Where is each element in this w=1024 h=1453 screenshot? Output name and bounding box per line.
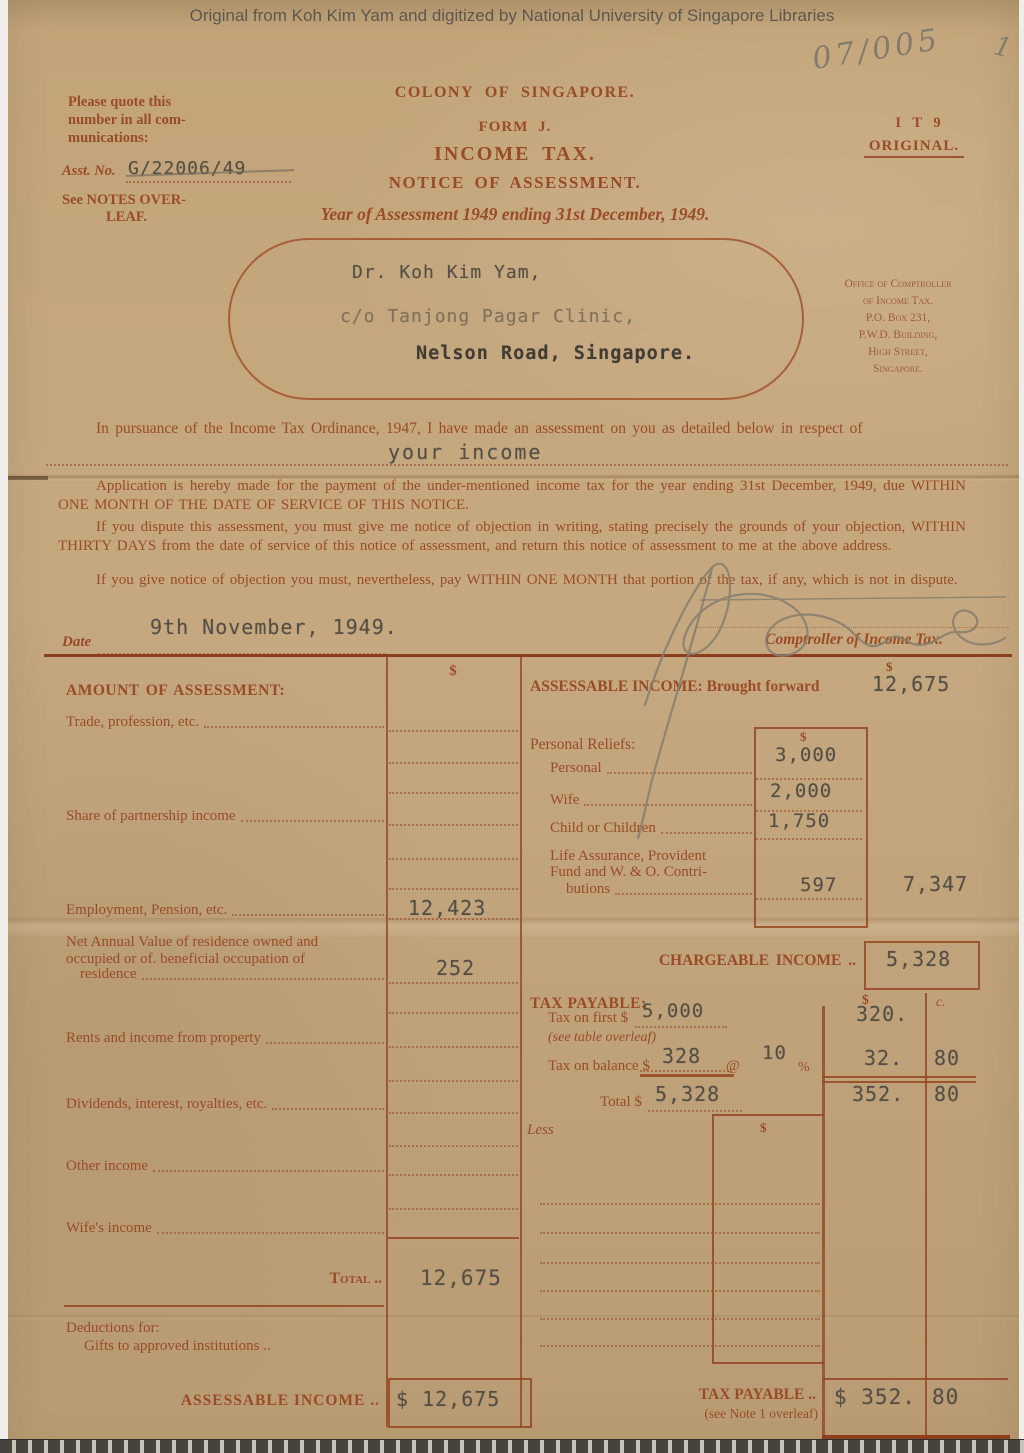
dotted-leader [266,1042,384,1044]
value-cell-line [389,762,518,764]
less-cell-line [540,1203,820,1205]
relief-cell-line [756,898,862,900]
row-partnership: Share of partnership income [66,808,384,825]
chargeable-income-value: 5,328 [886,947,951,971]
less-box [712,1114,824,1364]
net-annual-value-last-line: residence [80,966,384,983]
application-paragraph: Application is hereby made for the payme… [58,477,966,515]
value-cell-line [389,1174,518,1176]
net-annual-value-label-lines: Net Annual Value of residence owned and … [66,934,396,967]
table-center-divider-line [520,657,522,1427]
net-annual-value-label-end: residence [80,966,142,983]
less-cell-line [540,1262,820,1264]
row-other-income: Other income [66,1158,384,1175]
tax-on-first-amount: 5,000 [642,1000,704,1022]
digitization-watermark: Original from Koh Kim Yam and digitized … [0,6,1024,26]
assessable-income-label: ASSESSABLE INCOME .. [80,1392,380,1410]
relief-personal-label: Personal [550,760,607,777]
value-cell-line [389,858,518,860]
less-cell-line [540,1318,820,1320]
quote-number-note: Please quote this number in all com- mun… [68,93,253,147]
dotted-leader [204,726,384,728]
tax-cents-header: c. [936,994,945,1010]
row-other-income-label: Other income [66,1158,153,1175]
less-cell-line [540,1232,820,1234]
percent-sign: % [798,1060,810,1076]
final-tax-payable-label: TAX PAYABLE .. [638,1386,816,1404]
date-label: Date [62,634,91,651]
scanned-tax-notice-page: Original from Koh Kim Yam and digitized … [0,0,1024,1453]
dotted-leader [232,914,384,916]
comptroller-office-address-stamp: Office of Comptroller of Income Tax. P.O… [818,276,978,378]
row-wife-income: Wife's income [66,1220,384,1237]
deductions-item: Gifts to approved institutions .. [84,1338,271,1355]
row-partnership-label: Share of partnership income [66,808,241,825]
relief-life-label-end: butions [566,881,615,898]
final-tax-payable-cents: 80 [932,1385,959,1409]
less-label: Less [527,1122,554,1139]
reliefs-total-value: 7,347 [903,872,968,896]
chargeable-income-label: CHARGEABLE INCOME .. [560,952,856,970]
row-wife-income-label: Wife's income [66,1220,157,1237]
final-tax-payable-dollars: $ 352. [834,1385,916,1409]
row-trade-profession: Trade, profession, etc. [66,714,384,731]
employment-value: 12,423 [408,896,486,920]
see-notes-line2: LEAF. [106,209,147,226]
dotted-leader [157,1232,384,1234]
notice-title: NOTICE OF ASSESSMENT. [300,173,730,193]
pursuance-paragraph: In pursuance of the Income Tax Ordinance… [96,420,970,438]
tax-on-balance-dotted [640,1070,732,1072]
form-code-it9: I T 9 [878,115,962,132]
total-cell-top-line [388,1237,519,1239]
addressee-line3: Nelson Road, Singapore. [416,343,695,364]
value-cell-line [389,824,518,826]
date-value: 9th November, 1949. [150,615,398,639]
tax-on-balance-cents: 80 [934,1046,960,1070]
relief-life-last-line: butions [566,881,752,898]
fold-crease-edge-mark [8,476,48,480]
value-cell-line [389,888,518,890]
year-of-assessment-line: Year of Assessment 1949 ending 31st Dece… [230,204,800,225]
value-cell-line [389,1208,518,1210]
tax-on-first-label: Tax on first $ [548,1010,628,1027]
tax-total-cents: 80 [934,1082,960,1106]
dotted-leader [153,1170,384,1172]
row-dividends-label: Dividends, interest, royalties, etc. [66,1096,272,1113]
income-tax-title: INCOME TAX. [300,143,730,166]
value-cell-line [389,1145,518,1147]
row-employment: Employment, Pension, etc. [66,902,384,919]
relief-life-label-lines: Life Assurance, Provident Fund and W. & … [550,848,760,880]
row-rents: Rents and income from property [66,1030,384,1047]
amount-of-assessment-title: AMOUNT OF ASSESSMENT: [66,682,285,700]
less-cell-line [540,1290,820,1292]
asst-no-label: Asst. No. [62,163,116,180]
addressee-name: Dr. Koh Kim Yam, [352,262,541,283]
tax-on-balance-underline [640,1074,734,1077]
tax-cents-column-line [925,993,927,1443]
value-cell-line [389,1046,518,1048]
see-notes-line1: See NOTES OVER- [62,192,186,209]
less-cell-line [540,1345,820,1347]
tax-total-label: Total $ [600,1094,642,1111]
row-dividends: Dividends, interest, royalties, etc. [66,1096,384,1113]
form-number: FORM J. [300,119,730,136]
tax-on-first-dollars: 320. [856,1002,908,1026]
left-dollar-header: $ [438,663,468,680]
tax-total-dollars: 352. [852,1082,904,1106]
row-trade-label: Trade, profession, etc. [66,714,204,731]
tax-on-balance-dollars: 32. [864,1046,903,1070]
total-value: 12,675 [420,1266,502,1290]
see-table-note: (see table overleaf) [548,1030,656,1046]
value-cell-line [389,1112,518,1114]
respect-of-typed-value: your income [388,440,542,464]
row-rents-label: Rents and income from property [66,1030,266,1047]
less-box-dollar: $ [760,1120,767,1136]
left-value-column-left-line [386,657,388,1427]
value-cell-line [389,1012,518,1014]
relief-life-value: 597 [800,874,837,896]
value-cell-line [389,918,518,920]
tax-on-balance-label: Tax on balance $ [548,1058,650,1075]
final-tax-payable-note: (see Note 1 overleaf) [620,1406,818,1422]
row-employment-label: Employment, Pension, etc. [66,902,232,919]
value-cell-line [389,730,518,732]
tax-total-dotted [648,1110,742,1112]
net-annual-value: 252 [436,956,475,980]
deductions-label: Deductions for: [66,1320,160,1337]
dotted-leader [142,978,384,980]
total-label: Total .. [270,1270,382,1288]
addressee-line2: c/o Tanjong Pagar Clinic, [340,306,636,327]
dotted-leader [615,893,752,895]
respect-of-dotted-line [46,464,1008,466]
original-stamp: ORIGINAL. [864,138,964,158]
assessable-income-value: $ 12,675 [396,1387,500,1411]
comptroller-signature [600,540,1024,850]
bottom-perforation-strip [0,1439,1024,1453]
total-underline [64,1305,384,1307]
at-sign: @ [726,1058,740,1075]
relief-wife-label: Wife [550,792,584,809]
value-cell-line [389,792,518,794]
tax-total-amount: 5,328 [655,1082,720,1106]
final-box-top-line [822,1378,1008,1380]
dotted-leader [272,1108,384,1110]
value-cell-line [389,982,518,984]
tax-subtotal-rule-1 [822,1076,976,1078]
tax-on-balance-amount: 328 [662,1044,701,1068]
tax-rate: 10 [762,1042,787,1064]
dotted-leader [241,820,384,822]
asst-no-dotted-line [126,181,291,183]
value-cell-line [389,1080,518,1082]
tax-on-first-dotted [635,1026,727,1028]
colony-title: COLONY OF SINGAPORE. [300,84,730,102]
